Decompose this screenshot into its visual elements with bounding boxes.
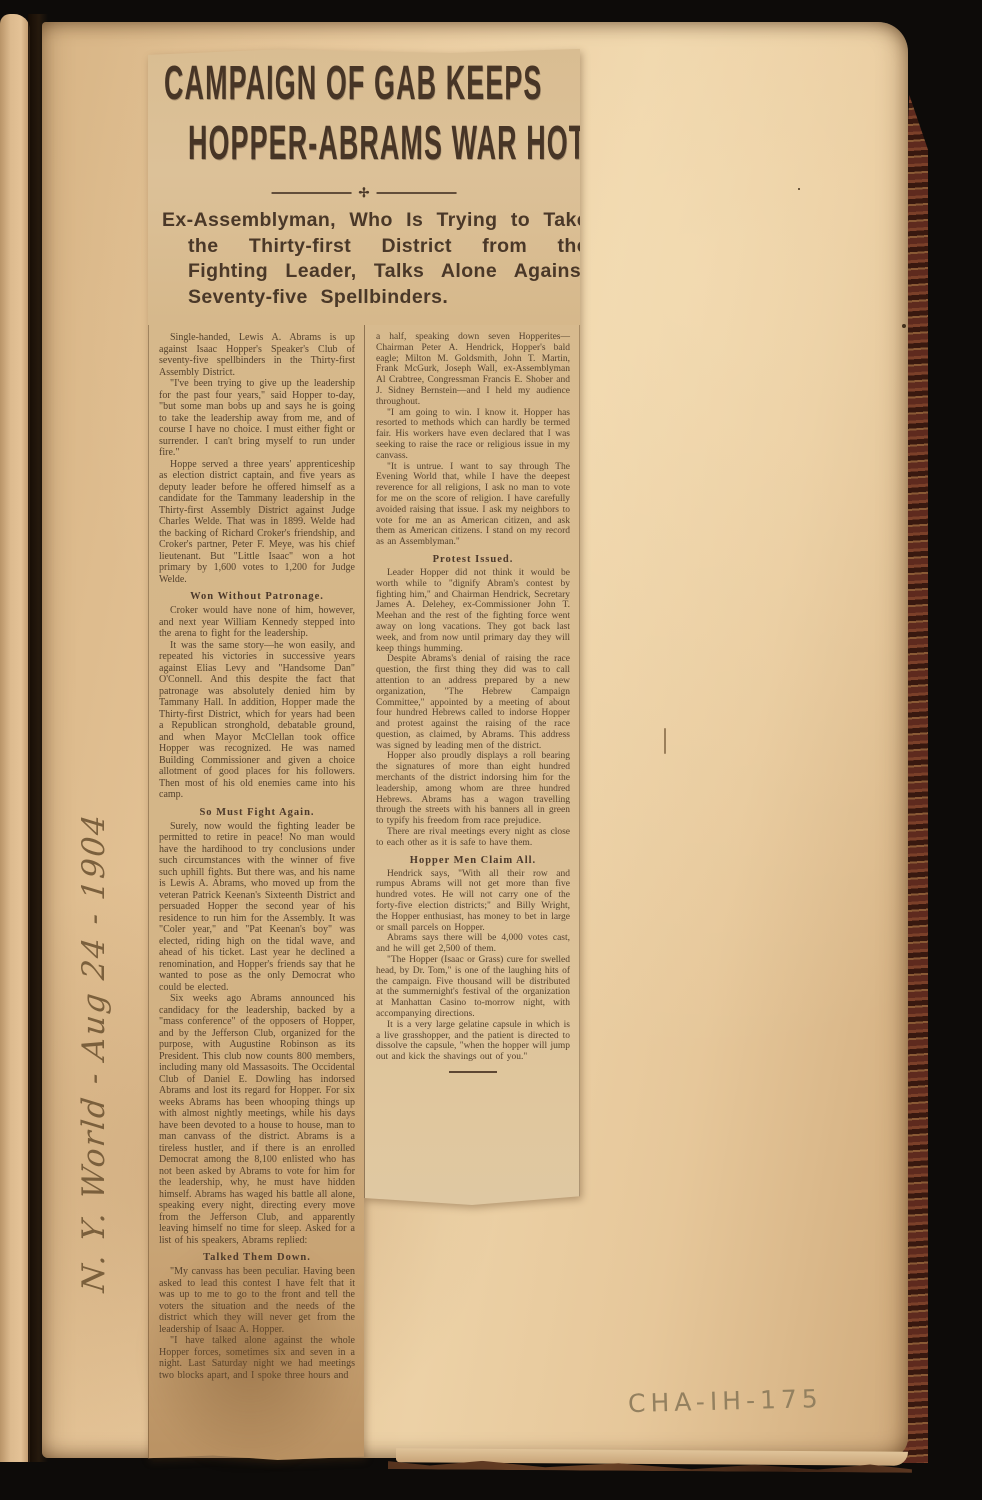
article-paragraph: Hopper also proudly displays a roll bear… (376, 751, 570, 827)
scrapbook-page: CAMPAIGN OF GAB KEEPS HOPPER-ABRAMS WAR … (42, 22, 908, 1458)
divider-ornament-icon: ✢ (359, 186, 370, 199)
previous-page-edge (0, 14, 30, 1462)
article-paragraph: "It is untrue. I want to say through The… (376, 462, 570, 548)
article-paragraph: a half, speaking down seven Hopperites—C… (376, 332, 570, 408)
article-end-rule (449, 1071, 497, 1073)
article-paragraph: "I've been trying to give up the leaders… (159, 378, 355, 459)
headline-line-1: CAMPAIGN OF GAB KEEPS (164, 60, 542, 108)
article-paragraph: It is a very large gelatine capsule in w… (376, 1020, 570, 1063)
divider-rule-left (272, 192, 352, 194)
section-crosshead: Protest Issued. (376, 554, 570, 565)
paper-speck (902, 324, 906, 328)
section-crosshead: Hopper Men Claim All. (376, 855, 570, 866)
section-crosshead: Won Without Patronage. (159, 591, 355, 602)
article-deck: Ex-Assemblyman, Who Is Trying to Take th… (162, 208, 588, 310)
article-paragraph: Single-handed, Lewis A. Abrams is up aga… (159, 332, 355, 378)
article-paragraph: It was the same story—he won easily, and… (159, 640, 355, 801)
article-paragraph: "I am going to win. I know it. Hopper ha… (376, 408, 570, 462)
article-column-right: a half, speaking down seven Hopperites—C… (364, 325, 580, 1205)
handwritten-source-note: N. Y. World - Aug 24 - 1904 (76, 768, 120, 1295)
paper-stain (138, 1192, 388, 1462)
article-paragraph: There are rival meetings every night as … (376, 827, 570, 849)
article-paragraph: Hendrick says, "With all their row and r… (376, 869, 570, 934)
section-crosshead: So Must Fight Again. (159, 807, 355, 818)
article-paragraph: Despite Abrams's denial of raising the r… (376, 654, 570, 751)
catalog-number: CHA-IH-175 (628, 1383, 869, 1418)
headline-divider: ✢ (272, 186, 457, 199)
paper-speck (798, 188, 800, 190)
divider-rule-right (376, 192, 456, 194)
paper-scratch (664, 728, 666, 754)
article-paragraph: Croker would have none of him, however, … (159, 605, 355, 640)
article-paragraph: Abrams says there will be 4,000 votes ca… (376, 933, 570, 955)
article-paragraph: "The Hopper (Isaac or Grass) cure for sw… (376, 955, 570, 1020)
article-paragraph: Surely, now would the fighting leader be… (159, 821, 355, 994)
headline-line-2: HOPPER-ABRAMS WAR HOT (188, 120, 586, 168)
article-paragraph: Leader Hopper did not think it would be … (376, 568, 570, 654)
clipping-headline-block: CAMPAIGN OF GAB KEEPS HOPPER-ABRAMS WAR … (148, 48, 580, 325)
paper-stain (162, 452, 372, 572)
